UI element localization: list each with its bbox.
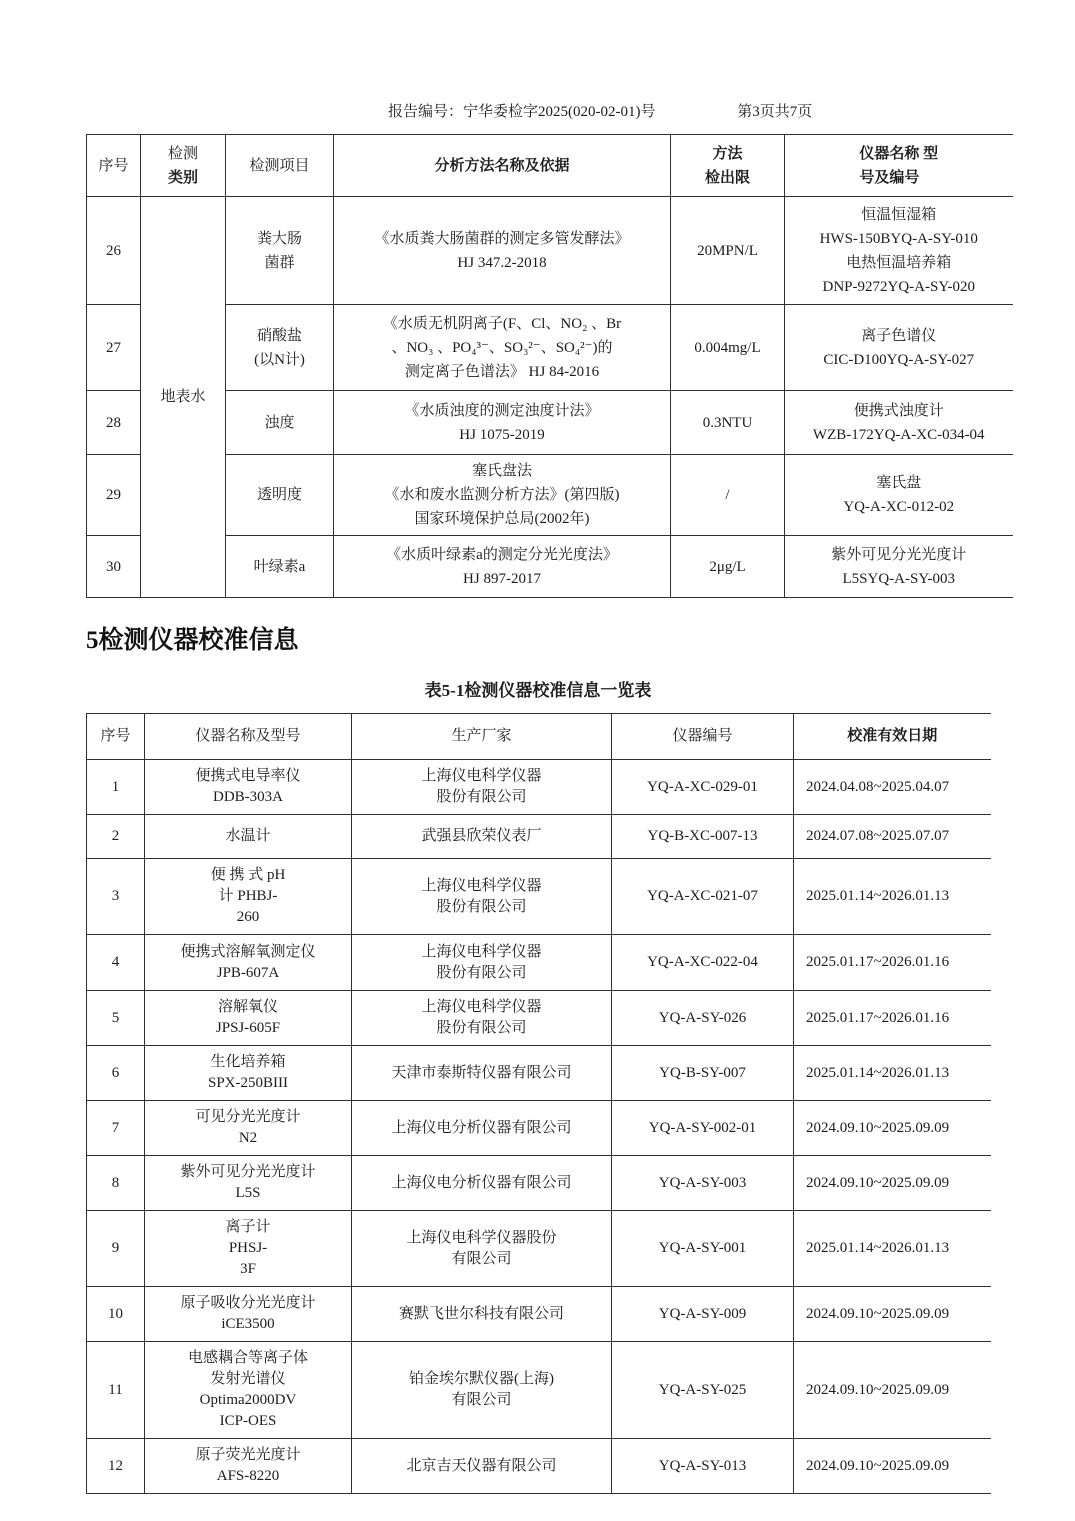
cell-instrument: 塞氏盘 YQ-A-XC-012-02 <box>785 455 1013 536</box>
cell-code: YQ-B-SY-007 <box>612 1046 794 1101</box>
cell-code: YQ-A-SY-002-01 <box>612 1101 794 1156</box>
t2-header-valid: 校准有效日期 <box>794 714 991 760</box>
t1-header-category-line1: 检测 <box>168 146 198 162</box>
table-caption: 表5-1检测仪器校准信息一览表 <box>86 676 990 701</box>
cell-no: 8 <box>87 1156 145 1211</box>
table-row: 6 生化培养箱 SPX-250BIII 天津市泰斯特仪器有限公司 YQ-B-SY… <box>87 1046 991 1101</box>
cell-code: YQ-B-XC-007-13 <box>612 815 794 859</box>
cell-method: 《水质浊度的测定浊度计法》 HJ 1075-2019 <box>334 391 671 455</box>
cell-valid: 2024.09.10~2025.09.09 <box>794 1439 991 1494</box>
cell-no: 26 <box>87 197 141 305</box>
cell-valid: 2025.01.17~2026.01.16 <box>794 935 991 991</box>
cell-no: 28 <box>87 391 141 455</box>
report-number: 报告编号：宁华委检字2025(020-02-01)号 <box>388 104 655 120</box>
t1-header-no: 序号 <box>87 135 141 197</box>
cell-manufacturer: 上海仪电科学仪器股份 有限公司 <box>352 1211 612 1287</box>
cell-no: 9 <box>87 1211 145 1287</box>
table-row: 9 离子计 PHSJ- 3F 上海仪电科学仪器股份 有限公司 YQ-A-SY-0… <box>87 1211 991 1287</box>
table-header-row: 序号 仪器名称及型号 生产厂家 仪器编号 校准有效日期 <box>87 714 991 760</box>
cell-valid: 2025.01.14~2026.01.13 <box>794 1211 991 1287</box>
cell-name: 紫外可见分光光度计 L5S <box>145 1156 352 1211</box>
cell-instrument: 恒温恒湿箱 HWS-150BYQ-A-SY-010 电热恒温培养箱 DNP-92… <box>785 197 1013 305</box>
cell-manufacturer: 上海仪电科学仪器 股份有限公司 <box>352 760 612 815</box>
cell-name: 原子吸收分光光度计 iCE3500 <box>145 1287 352 1342</box>
t1-header-limit: 方法 检出限 <box>671 135 785 197</box>
cell-name: 水温计 <box>145 815 352 859</box>
t2-header-name: 仪器名称及型号 <box>145 714 352 760</box>
cell-no: 10 <box>87 1287 145 1342</box>
cell-code: YQ-A-XC-029-01 <box>612 760 794 815</box>
cell-manufacturer: 赛默飞世尔科技有限公司 <box>352 1287 612 1342</box>
cell-no: 12 <box>87 1439 145 1494</box>
section-title: 5检测仪器校准信息 <box>86 620 1012 656</box>
cell-name: 便携式电导率仪 DDB-303A <box>145 760 352 815</box>
cell-method: 《水质无机阴离子(F、Cl、NO₂ 、Br 、NO₃ 、PO₄³⁻、SO₃²⁻、… <box>334 305 671 391</box>
cell-item: 叶绿素a <box>226 536 334 598</box>
cell-valid: 2024.09.10~2025.09.09 <box>794 1156 991 1211</box>
cell-name: 离子计 PHSJ- 3F <box>145 1211 352 1287</box>
cell-manufacturer: 铂金埃尔默仪器(上海) 有限公司 <box>352 1342 612 1439</box>
cell-method: 《水质叶绿素a的测定分光光度法》 HJ 897-2017 <box>334 536 671 598</box>
table-header-row: 序号 检测类别 检测项目 分析方法名称及依据 方法 检出限 仪器名称 型 号及编… <box>87 135 1013 197</box>
t1-header-category: 检测类别 <box>141 135 226 197</box>
detection-methods-table: 序号 检测类别 检测项目 分析方法名称及依据 方法 检出限 仪器名称 型 号及编… <box>86 134 1013 598</box>
instrument-calibration-table: 序号 仪器名称及型号 生产厂家 仪器编号 校准有效日期 1 便携式电导率仪 DD… <box>86 713 991 1494</box>
cell-manufacturer: 武强县欣荣仪表厂 <box>352 815 612 859</box>
cell-code: YQ-A-SY-001 <box>612 1211 794 1287</box>
t1-header-method: 分析方法名称及依据 <box>334 135 671 197</box>
cell-code: YQ-A-SY-009 <box>612 1287 794 1342</box>
cell-no: 6 <box>87 1046 145 1101</box>
cell-name: 溶解氧仪 JPSJ-605F <box>145 991 352 1046</box>
cell-code: YQ-A-SY-026 <box>612 991 794 1046</box>
cell-no: 1 <box>87 760 145 815</box>
cell-valid: 2024.09.10~2025.09.09 <box>794 1287 991 1342</box>
table-row: 8 紫外可见分光光度计 L5S 上海仪电分析仪器有限公司 YQ-A-SY-003… <box>87 1156 991 1211</box>
table-row: 27 硝酸盐 (以N计) 《水质无机阴离子(F、Cl、NO₂ 、Br 、NO₃ … <box>87 305 1013 391</box>
table-row: 30 叶绿素a 《水质叶绿素a的测定分光光度法》 HJ 897-2017 2μg… <box>87 536 1013 598</box>
cell-manufacturer: 天津市泰斯特仪器有限公司 <box>352 1046 612 1101</box>
cell-no: 5 <box>87 991 145 1046</box>
cell-instrument: 紫外可见分光光度计 L5SYQ-A-SY-003 <box>785 536 1013 598</box>
t1-header-item: 检测项目 <box>226 135 334 197</box>
cell-valid: 2024.09.10~2025.09.09 <box>794 1101 991 1156</box>
cell-name: 电感耦合等离子体 发射光谱仪 Optima2000DV ICP-OES <box>145 1342 352 1439</box>
cell-item: 硝酸盐 (以N计) <box>226 305 334 391</box>
cell-category: 地表水 <box>141 197 226 598</box>
cell-limit: 0.3NTU <box>671 391 785 455</box>
cell-method: 塞氏盘法 《水和废水监测分析方法》(第四版) 国家环境保护总局(2002年) <box>334 455 671 536</box>
table-row: 2 水温计 武强县欣荣仪表厂 YQ-B-XC-007-13 2024.07.08… <box>87 815 991 859</box>
cell-instrument: 便携式浊度计 WZB-172YQ-A-XC-034-04 <box>785 391 1013 455</box>
cell-name: 生化培养箱 SPX-250BIII <box>145 1046 352 1101</box>
cell-valid: 2024.09.10~2025.09.09 <box>794 1342 991 1439</box>
cell-name: 便 携 式 pH 计 PHBJ- 260 <box>145 859 352 935</box>
cell-no: 30 <box>87 536 141 598</box>
cell-no: 29 <box>87 455 141 536</box>
t1-header-category-line2: 类别 <box>168 170 198 186</box>
cell-manufacturer: 上海仪电科学仪器 股份有限公司 <box>352 935 612 991</box>
t1-header-instrument: 仪器名称 型 号及编号 <box>785 135 1013 197</box>
cell-name: 便携式溶解氧测定仪 JPB-607A <box>145 935 352 991</box>
cell-name: 可见分光光度计 N2 <box>145 1101 352 1156</box>
cell-no: 2 <box>87 815 145 859</box>
cell-manufacturer: 上海仪电分析仪器有限公司 <box>352 1101 612 1156</box>
table-row: 29 透明度 塞氏盘法 《水和废水监测分析方法》(第四版) 国家环境保护总局(2… <box>87 455 1013 536</box>
cell-instrument: 离子色谱仪 CIC-D100YQ-A-SY-027 <box>785 305 1013 391</box>
cell-method: 《水质粪大肠菌群的测定多管发酵法》 HJ 347.2-2018 <box>334 197 671 305</box>
cell-code: YQ-A-SY-013 <box>612 1439 794 1494</box>
cell-valid: 2025.01.14~2026.01.13 <box>794 859 991 935</box>
table-row: 4 便携式溶解氧测定仪 JPB-607A 上海仪电科学仪器 股份有限公司 YQ-… <box>87 935 991 991</box>
table-row: 11 电感耦合等离子体 发射光谱仪 Optima2000DV ICP-OES 铂… <box>87 1342 991 1439</box>
cell-code: YQ-A-SY-003 <box>612 1156 794 1211</box>
table-row: 7 可见分光光度计 N2 上海仪电分析仪器有限公司 YQ-A-SY-002-01… <box>87 1101 991 1156</box>
cell-valid: 2025.01.17~2026.01.16 <box>794 991 991 1046</box>
cell-manufacturer: 北京吉天仪器有限公司 <box>352 1439 612 1494</box>
cell-limit: / <box>671 455 785 536</box>
cell-valid: 2025.01.14~2026.01.13 <box>794 1046 991 1101</box>
cell-valid: 2024.04.08~2025.04.07 <box>794 760 991 815</box>
cell-limit: 20MPN/L <box>671 197 785 305</box>
cell-manufacturer: 上海仪电科学仪器 股份有限公司 <box>352 859 612 935</box>
cell-code: YQ-A-XC-021-07 <box>612 859 794 935</box>
cell-item: 浊度 <box>226 391 334 455</box>
page-number: 第3页共7页 <box>737 104 812 120</box>
t2-header-manufacturer: 生产厂家 <box>352 714 612 760</box>
table-row: 3 便 携 式 pH 计 PHBJ- 260 上海仪电科学仪器 股份有限公司 Y… <box>87 859 991 935</box>
cell-no: 27 <box>87 305 141 391</box>
page-running-header: 报告编号：宁华委检字2025(020-02-01)号 第3页共7页 <box>86 100 1012 121</box>
t2-header-no: 序号 <box>87 714 145 760</box>
cell-item: 粪大肠 菌群 <box>226 197 334 305</box>
cell-no: 4 <box>87 935 145 991</box>
cell-name: 原子荧光光度计 AFS-8220 <box>145 1439 352 1494</box>
cell-manufacturer: 上海仪电科学仪器 股份有限公司 <box>352 991 612 1046</box>
cell-valid: 2024.07.08~2025.07.07 <box>794 815 991 859</box>
table-row: 28 浊度 《水质浊度的测定浊度计法》 HJ 1075-2019 0.3NTU … <box>87 391 1013 455</box>
cell-code: YQ-A-SY-025 <box>612 1342 794 1439</box>
table-row: 12 原子荧光光度计 AFS-8220 北京吉天仪器有限公司 YQ-A-SY-0… <box>87 1439 991 1494</box>
table-row: 1 便携式电导率仪 DDB-303A 上海仪电科学仪器 股份有限公司 YQ-A-… <box>87 760 991 815</box>
table-row: 10 原子吸收分光光度计 iCE3500 赛默飞世尔科技有限公司 YQ-A-SY… <box>87 1287 991 1342</box>
cell-limit: 2μg/L <box>671 536 785 598</box>
cell-code: YQ-A-XC-022-04 <box>612 935 794 991</box>
cell-limit: 0.004mg/L <box>671 305 785 391</box>
cell-no: 11 <box>87 1342 145 1439</box>
cell-item: 透明度 <box>226 455 334 536</box>
cell-no: 3 <box>87 859 145 935</box>
t2-header-code: 仪器编号 <box>612 714 794 760</box>
t1-header-instrument-text: 仪器名称 型 号及编号 <box>859 142 938 190</box>
cell-no: 7 <box>87 1101 145 1156</box>
cell-manufacturer: 上海仪电分析仪器有限公司 <box>352 1156 612 1211</box>
page: 报告编号：宁华委检字2025(020-02-01)号 第3页共7页 序号 检测类… <box>0 0 1075 1494</box>
table-row: 26 地表水 粪大肠 菌群 《水质粪大肠菌群的测定多管发酵法》 HJ 347.2… <box>87 197 1013 305</box>
table-row: 5 溶解氧仪 JPSJ-605F 上海仪电科学仪器 股份有限公司 YQ-A-SY… <box>87 991 991 1046</box>
